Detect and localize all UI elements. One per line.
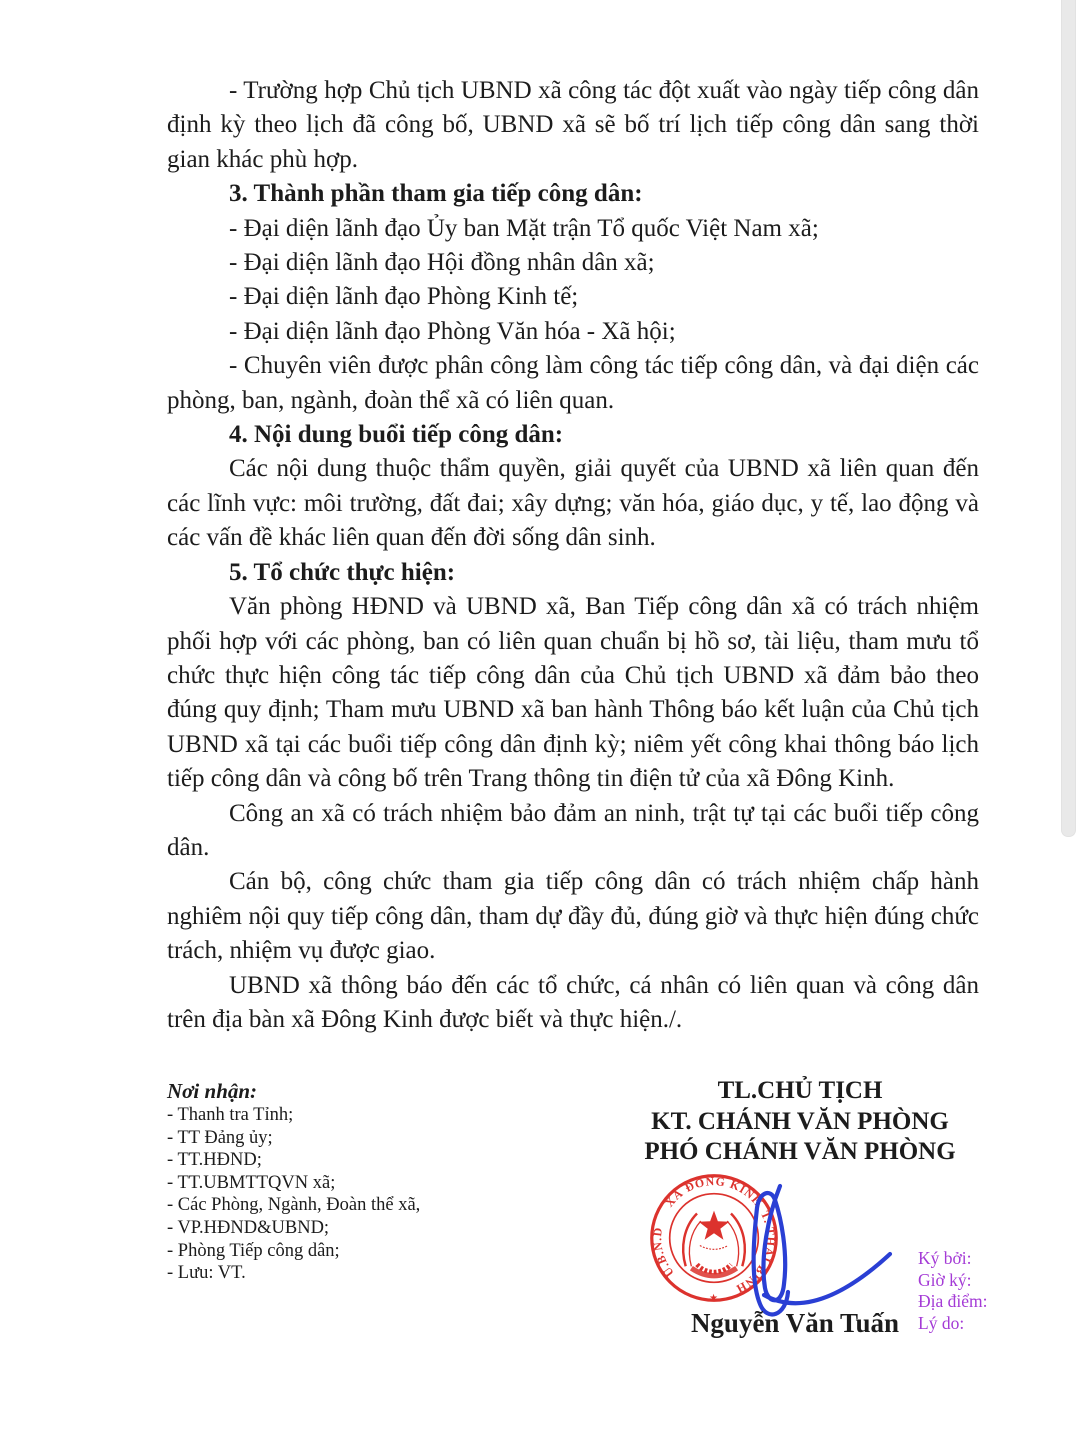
recipients-label: Nơi nhận: <box>167 1078 497 1104</box>
paragraph: Các nội dung thuộc thẩm quyền, giải quyế… <box>167 452 979 555</box>
recipient-item: - VP.HĐND&UBND; <box>167 1217 497 1240</box>
signature-title-line: KT. CHÁNH VĂN PHÒNG <box>600 1107 1000 1138</box>
document-page: - Trường hợp Chủ tịch UBND xã công tác đ… <box>0 0 1080 1436</box>
recipient-item: - Lưu: VT. <box>167 1262 497 1285</box>
paragraph: - Trường hợp Chủ tịch UBND xã công tác đ… <box>167 74 979 177</box>
signature-title-line: PHÓ CHÁNH VĂN PHÒNG <box>600 1137 1000 1168</box>
recipients-block: Nơi nhận: - Thanh tra Tỉnh;- TT Đảng ủy;… <box>167 1078 497 1285</box>
signature-title-line: TL.CHỦ TỊCH <box>600 1076 1000 1107</box>
national-emblem-icon <box>683 1211 745 1276</box>
document-body: - Trường hợp Chủ tịch UBND xã công tác đ… <box>167 74 979 1037</box>
recipients-list: - Thanh tra Tỉnh;- TT Đảng ủy;- TT.HĐND;… <box>167 1104 497 1285</box>
section-heading: 4. Nội dung buổi tiếp công dân: <box>167 418 979 452</box>
paragraph: Văn phòng HĐND và UBND xã, Ban Tiếp công… <box>167 590 979 796</box>
seal-bottom-star-icon: ★ <box>709 1293 719 1303</box>
recipient-item: - Các Phòng, Ngành, Đoàn thể xã, <box>167 1194 497 1217</box>
paragraph: - Đại diện lãnh đạo Hội đồng nhân dân xã… <box>167 246 979 280</box>
recipient-item: - TT.HĐND; <box>167 1149 497 1172</box>
section-heading: 3. Thành phần tham gia tiếp công dân: <box>167 177 979 211</box>
paragraph: - Đại diện lãnh đạo Phòng Văn hóa - Xã h… <box>167 315 979 349</box>
paragraph: Cán bộ, công chức tham gia tiếp công dân… <box>167 865 979 968</box>
signature-title-block: TL.CHỦ TỊCHKT. CHÁNH VĂN PHÒNGPHÓ CHÁNH … <box>600 1076 1000 1168</box>
recipient-item: - TT Đảng ủy; <box>167 1127 497 1150</box>
recipient-item: - Thanh tra Tỉnh; <box>167 1104 497 1127</box>
paragraph: Công an xã có trách nhiệm bảo đảm an nin… <box>167 797 979 866</box>
esign-label: Giờ ký: <box>918 1270 988 1292</box>
paragraph: - Chuyên viên được phân công làm công tá… <box>167 349 979 418</box>
recipient-item: - TT.UBMTTQVN xã; <box>167 1172 497 1195</box>
vertical-scrollbar-thumb[interactable] <box>1061 0 1076 837</box>
paragraph: - Đại diện lãnh đạo Phòng Kinh tế; <box>167 280 979 314</box>
esign-label: Ký bởi: <box>918 1248 988 1270</box>
signer-name: Nguyễn Văn Tuấn <box>645 1308 945 1339</box>
paragraph: - Đại diện lãnh đạo Ủy ban Mặt trận Tổ q… <box>167 212 979 246</box>
paragraph: UBND xã thông báo đến các tổ chức, cá nh… <box>167 969 979 1038</box>
section-heading: 5. Tổ chức thực hiện: <box>167 556 979 590</box>
recipient-item: - Phòng Tiếp công dân; <box>167 1240 497 1263</box>
